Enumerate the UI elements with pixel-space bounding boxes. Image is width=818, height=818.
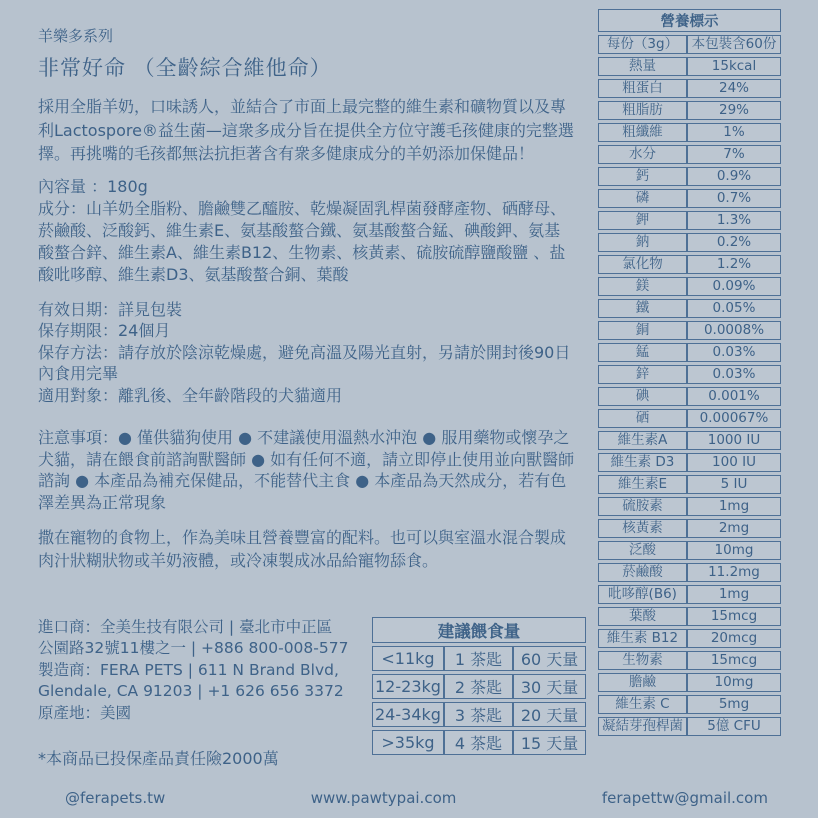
nutrition-table-row: 銅0.0008% xyxy=(598,321,781,340)
nutrient-value-cell: 0.0008% xyxy=(687,321,781,340)
nutrition-table-row: 硒0.00067% xyxy=(598,409,781,428)
origin-line: 原產地：美國 xyxy=(38,703,383,724)
nutrient-value-cell: 5億 CFU xyxy=(687,717,781,736)
nutrition-table-title: 營養標示 xyxy=(598,9,781,32)
teaspoons-cell: 2 茶匙 xyxy=(444,674,513,699)
nutrient-value-cell: 0.03% xyxy=(687,343,781,362)
nutrient-value-cell: 15kcal xyxy=(687,57,781,76)
feeding-table-row: 12-23kg2 茶匙30 天量 xyxy=(372,674,586,699)
caution-notes: 注意事項：● 僅供貓狗使用 ● 不建議使用溫熱水沖泡 ● 服用藥物或懷孕之犬貓，… xyxy=(38,427,575,513)
nutrition-table-row: 維生素A1000 IU xyxy=(598,431,781,450)
expiry-date: 有效日期：詳見包裝 xyxy=(38,299,575,321)
nutrition-table-row: 菸鹼酸11.2mg xyxy=(598,563,781,582)
nutrient-value-cell: 1mg xyxy=(687,585,781,604)
feeding-table-title: 建議餵食量 xyxy=(372,617,586,643)
days-supply-cell: 30 天量 xyxy=(513,674,586,699)
nutrient-value-cell: 15mcg xyxy=(687,607,781,626)
manufacturer-line: Glendale, CA 91203 | +1 626 656 3372 xyxy=(38,681,383,702)
nutrient-value-cell: 29% xyxy=(687,101,781,120)
nutrient-name-cell: 鉀 xyxy=(598,211,687,230)
contact-email: ferapettw@gmail.com xyxy=(602,789,768,807)
nutrition-table-row: 鈣0.9% xyxy=(598,167,781,186)
nutrient-name-cell: 泛酸 xyxy=(598,541,687,560)
storage-method: 保存方法：請存放於陰涼乾燥處，避免高溫及陽光直射，另請於開封後90日內食用完畢 xyxy=(38,342,575,385)
storage-section: 有效日期：詳見包裝 保存期限：24個月 保存方法：請存放於陰涼乾燥處，避免高溫及… xyxy=(38,299,575,407)
nutrition-table-row: 鎂0.09% xyxy=(598,277,781,296)
nutrient-value-cell: 0.001% xyxy=(687,387,781,406)
nutrient-value-cell: 15mcg xyxy=(687,651,781,670)
nutrient-value-cell: 5mg xyxy=(687,695,781,714)
nutrient-value-cell: 1mg xyxy=(687,497,781,516)
nutrient-name-cell: 氯化物 xyxy=(598,255,687,274)
nutrition-table-row: 錳0.03% xyxy=(598,343,781,362)
nutrition-table-row: 泛酸10mg xyxy=(598,541,781,560)
company-info: 進口商：全美生技有限公司 | 臺北市中正區 公園路32號11樓之一 | +886… xyxy=(38,617,383,724)
website-url: www.pawtypai.com xyxy=(311,789,457,807)
nutrient-name-cell: 粗蛋白 xyxy=(598,79,687,98)
nutrient-name-cell: 銅 xyxy=(598,321,687,340)
nutrition-table: 營養標示 每份（3g）本包裝含60份熱量15kcal粗蛋白24%粗脂肪29%粗纖… xyxy=(598,6,781,739)
nutrient-value-cell: 0.00067% xyxy=(687,409,781,428)
nutrition-table-row: 鋅0.03% xyxy=(598,365,781,384)
weight-range-cell: 12-23kg xyxy=(372,674,444,699)
feeding-table-row: <11kg1 茶匙60 天量 xyxy=(372,646,586,671)
nutrient-value-cell: 0.2% xyxy=(687,233,781,252)
nutrition-table-row: 水分7% xyxy=(598,145,781,164)
nutrient-value-cell: 7% xyxy=(687,145,781,164)
nutrient-name-cell: 吡哆醇(B6) xyxy=(598,585,687,604)
nutrient-name-cell: 菸鹼酸 xyxy=(598,563,687,582)
nutrient-name-cell: 鎂 xyxy=(598,277,687,296)
nutrient-value-cell: 0.9% xyxy=(687,167,781,186)
days-supply-cell: 15 天量 xyxy=(513,730,586,755)
nutrition-table-row: 硫胺素1mg xyxy=(598,497,781,516)
nutrient-value-cell: 1.2% xyxy=(687,255,781,274)
nutrient-value-cell: 1.3% xyxy=(687,211,781,230)
nutrition-table-row: 葉酸15mcg xyxy=(598,607,781,626)
nutrient-value-cell: 0.09% xyxy=(687,277,781,296)
teaspoons-cell: 1 茶匙 xyxy=(444,646,513,671)
contents-section: 內容量 ：180g 成分：山羊奶全脂粉、膽鹼雙乙醯胺、乾燥凝固乳桿菌發酵產物、硒… xyxy=(38,176,575,286)
product-description: 採用全脂羊奶，口味誘人，並結合了市面上最完整的維生素和礦物質以及專利Lactos… xyxy=(38,95,575,166)
nutrient-name-cell: 鋅 xyxy=(598,365,687,384)
product-title: 非常好命 （全齡綜合維他命） xyxy=(38,54,575,82)
nutrition-table-row: 維生素 D3100 IU xyxy=(598,453,781,472)
importer-line: 進口商：全美生技有限公司 | 臺北市中正區 xyxy=(38,617,383,638)
nutrient-name-cell: 水分 xyxy=(598,145,687,164)
nutrient-name-cell: 維生素 D3 xyxy=(598,453,687,472)
feeding-table-row: >35kg4 茶匙15 天量 xyxy=(372,730,586,755)
importer-line: 公園路32號11樓之一 | +886 800-008-577 xyxy=(38,638,383,659)
product-info-column: 羊樂多系列 非常好命 （全齡綜合維他命） 採用全脂羊奶，口味誘人，並結合了市面上… xyxy=(38,26,575,572)
nutrient-name-cell: 維生素 B12 xyxy=(598,629,687,648)
nutrient-value-cell: 20mcg xyxy=(687,629,781,648)
shelf-life: 保存期限：24個月 xyxy=(38,320,575,342)
feeding-table-row: 24-34kg3 茶匙20 天量 xyxy=(372,702,586,727)
nutrient-name-cell: 生物素 xyxy=(598,651,687,670)
nutrition-table-row: 生物素15mcg xyxy=(598,651,781,670)
nutrition-table-row: 磷0.7% xyxy=(598,189,781,208)
nutrient-name-cell: 膽鹼 xyxy=(598,673,687,692)
nutrition-table-row: 粗脂肪29% xyxy=(598,101,781,120)
nutrition-table-row: 膽鹼10mg xyxy=(598,673,781,692)
product-label: 羊樂多系列 非常好命 （全齡綜合維他命） 採用全脂羊奶，口味誘人，並結合了市面上… xyxy=(0,0,818,818)
nutrient-value-cell: 10mg xyxy=(687,541,781,560)
content-amount: 內容量 ：180g xyxy=(38,176,575,198)
nutrition-table-row: 核黃素2mg xyxy=(598,519,781,538)
nutrient-name-cell: 熱量 xyxy=(598,57,687,76)
target-animals: 適用對象：離乳後、全年齡階段的犬貓適用 xyxy=(38,385,575,407)
nutrition-table-row: 維生素 C5mg xyxy=(598,695,781,714)
nutrient-name-cell: 錳 xyxy=(598,343,687,362)
weight-range-cell: >35kg xyxy=(372,730,444,755)
nutrient-name-cell: 硒 xyxy=(598,409,687,428)
weight-range-cell: 24-34kg xyxy=(372,702,444,727)
nutrient-value-cell: 11.2mg xyxy=(687,563,781,582)
nutrient-name-cell: 核黃素 xyxy=(598,519,687,538)
nutrient-name-cell: 維生素 C xyxy=(598,695,687,714)
days-supply-cell: 20 天量 xyxy=(513,702,586,727)
days-supply-cell: 60 天量 xyxy=(513,646,586,671)
nutrient-value-cell: 24% xyxy=(687,79,781,98)
teaspoons-cell: 3 茶匙 xyxy=(444,702,513,727)
nutrition-table-row: 凝結芽孢桿菌5億 CFU xyxy=(598,717,781,736)
nutrient-name-cell: 鐵 xyxy=(598,299,687,318)
nutrition-table-row: 碘0.001% xyxy=(598,387,781,406)
ingredients-list: 成分：山羊奶全脂粉、膽鹼雙乙醯胺、乾燥凝固乳桿菌發酵產物、硒酵母、菸鹼酸、泛酸鈣… xyxy=(38,198,575,286)
nutrition-table-row: 熱量15kcal xyxy=(598,57,781,76)
insurance-note: *本商品已投保產品責任險2000萬 xyxy=(38,746,279,769)
nutrition-table-row: 氯化物1.2% xyxy=(598,255,781,274)
nutrient-value-cell: 2mg xyxy=(687,519,781,538)
nutrition-table-row: 鐵0.05% xyxy=(598,299,781,318)
nutrient-name-cell: 磷 xyxy=(598,189,687,208)
social-handle: @ferapets.tw xyxy=(65,789,165,807)
nutrient-name-cell: 每份（3g） xyxy=(598,35,687,54)
nutrition-table-row: 維生素 B1220mcg xyxy=(598,629,781,648)
footer: @ferapets.tw www.pawtypai.com ferapettw@… xyxy=(65,789,768,807)
nutrient-value-cell: 100 IU xyxy=(687,453,781,472)
nutrition-table-row: 鉀1.3% xyxy=(598,211,781,230)
nutrient-name-cell: 硫胺素 xyxy=(598,497,687,516)
nutrient-name-cell: 維生素A xyxy=(598,431,687,450)
nutrient-name-cell: 鈉 xyxy=(598,233,687,252)
nutrition-table-row: 每份（3g）本包裝含60份 xyxy=(598,35,781,54)
nutrition-table-row: 鈉0.2% xyxy=(598,233,781,252)
nutrition-table-row: 吡哆醇(B6)1mg xyxy=(598,585,781,604)
feeding-table: 建議餵食量 <11kg1 茶匙60 天量12-23kg2 茶匙30 天量24-3… xyxy=(372,614,586,758)
nutrient-value-cell: 0.03% xyxy=(687,365,781,384)
nutrient-value-cell: 本包裝含60份 xyxy=(687,35,781,54)
nutrient-name-cell: 鈣 xyxy=(598,167,687,186)
nutrient-name-cell: 葉酸 xyxy=(598,607,687,626)
series-name: 羊樂多系列 xyxy=(38,26,575,46)
nutrient-name-cell: 凝結芽孢桿菌 xyxy=(598,717,687,736)
nutrient-value-cell: 10mg xyxy=(687,673,781,692)
nutrient-value-cell: 1% xyxy=(687,123,781,142)
nutrient-value-cell: 5 IU xyxy=(687,475,781,494)
feeding-table-header-row: 建議餵食量 xyxy=(372,617,586,643)
nutrient-value-cell: 0.7% xyxy=(687,189,781,208)
nutrient-name-cell: 碘 xyxy=(598,387,687,406)
nutrition-table-row: 維生素E5 IU xyxy=(598,475,781,494)
nutrient-name-cell: 粗纖維 xyxy=(598,123,687,142)
nutrient-name-cell: 粗脂肪 xyxy=(598,101,687,120)
nutrient-value-cell: 1000 IU xyxy=(687,431,781,450)
weight-range-cell: <11kg xyxy=(372,646,444,671)
nutrient-name-cell: 維生素E xyxy=(598,475,687,494)
serving-suggestion: 撒在寵物的食物上，作為美味且營養豐富的配料。也可以與室溫水混合製成肉汁狀糊狀物或… xyxy=(38,526,575,572)
nutrition-table-row: 粗蛋白24% xyxy=(598,79,781,98)
nutrition-table-row: 粗纖維1% xyxy=(598,123,781,142)
nutrient-value-cell: 0.05% xyxy=(687,299,781,318)
teaspoons-cell: 4 茶匙 xyxy=(444,730,513,755)
manufacturer-line: 製造商：FERA PETS | 611 N Brand Blvd, xyxy=(38,660,383,681)
nutrition-table-header-row: 營養標示 xyxy=(598,9,781,32)
